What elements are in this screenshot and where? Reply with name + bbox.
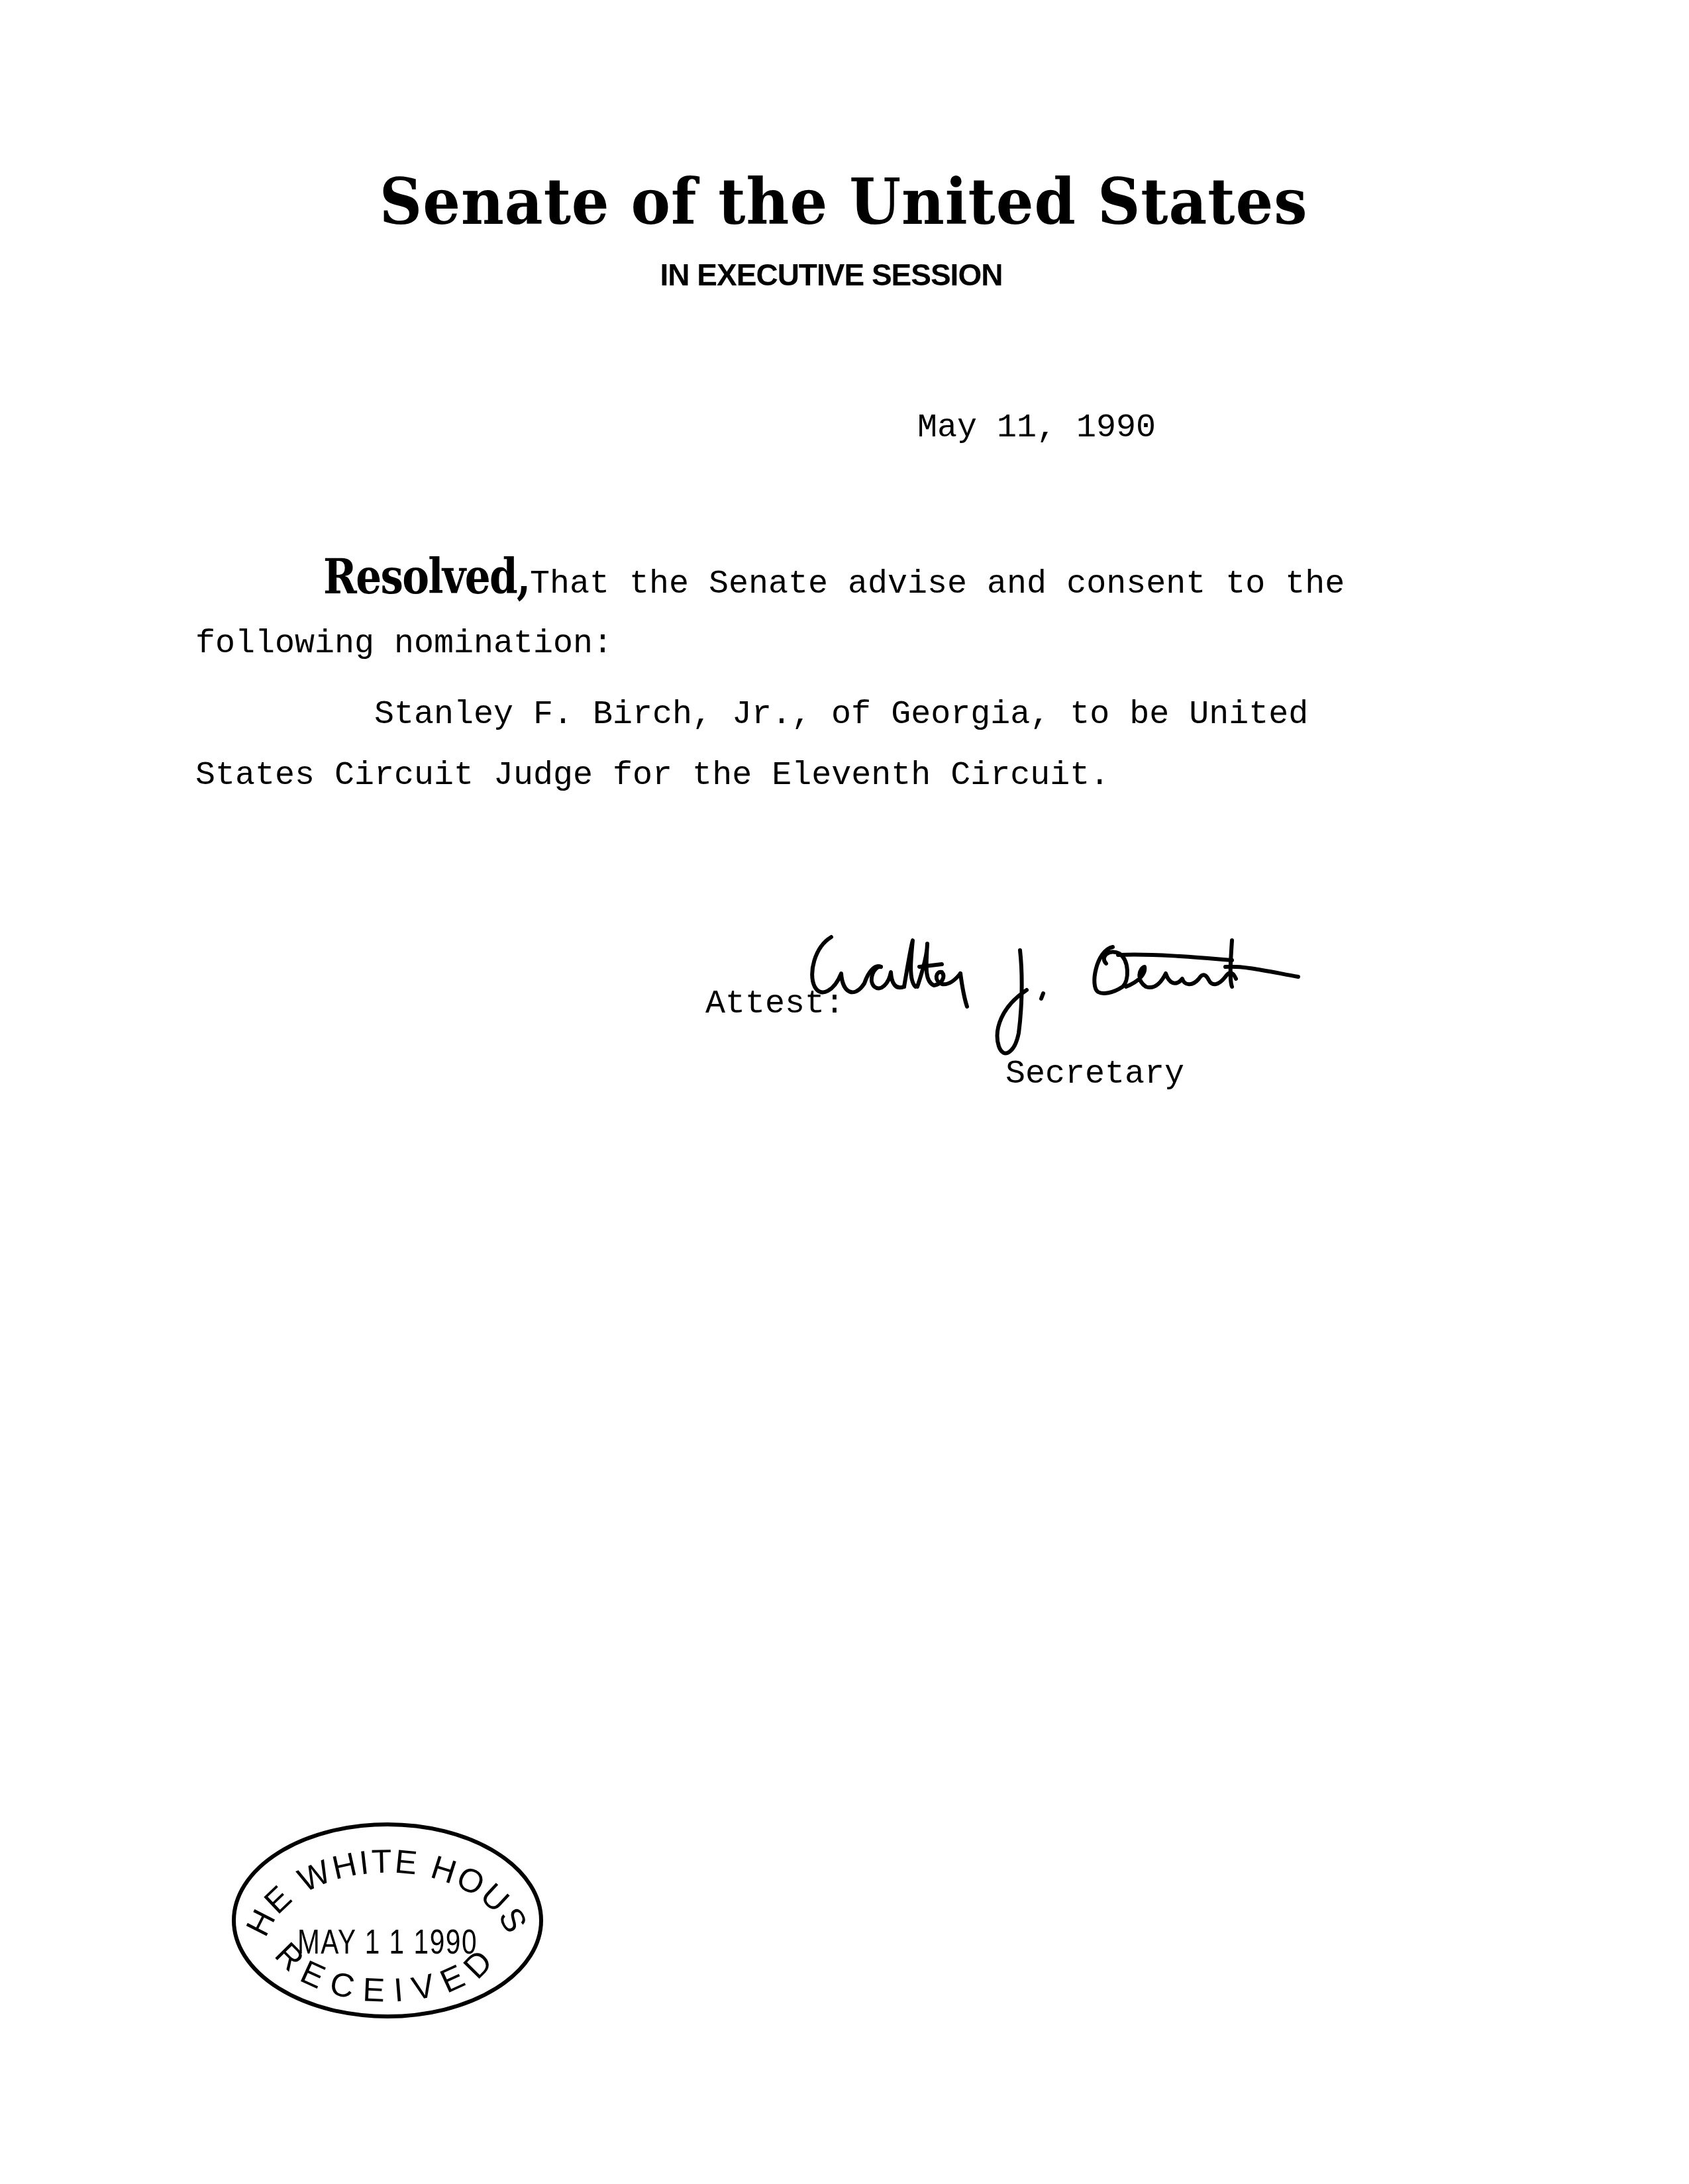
nomination-line-2: States Circuit Judge for the Eleventh Ci… (195, 760, 1109, 793)
stamp-date: MAY 1 1 1990 (264, 1922, 511, 1962)
document-date: May 11, 1990 (917, 412, 1156, 445)
resolution-line-1: That the Senate advise and consent to th… (530, 568, 1345, 601)
nomination-line-1: Stanley F. Birch, Jr., of Georgia, to be… (374, 699, 1308, 732)
session-subtitle: IN EXECUTIVE SESSION (0, 257, 1663, 293)
page-title: Senate of the United States (58, 164, 1629, 239)
secretary-title: Secretary (1005, 1058, 1184, 1091)
white-house-received-stamp: THE WHITE HOUSE RECEIVED (229, 1818, 546, 2023)
resolved-heading: Resolved, (323, 548, 530, 605)
resolution-line-2: following nomination: (195, 628, 613, 661)
